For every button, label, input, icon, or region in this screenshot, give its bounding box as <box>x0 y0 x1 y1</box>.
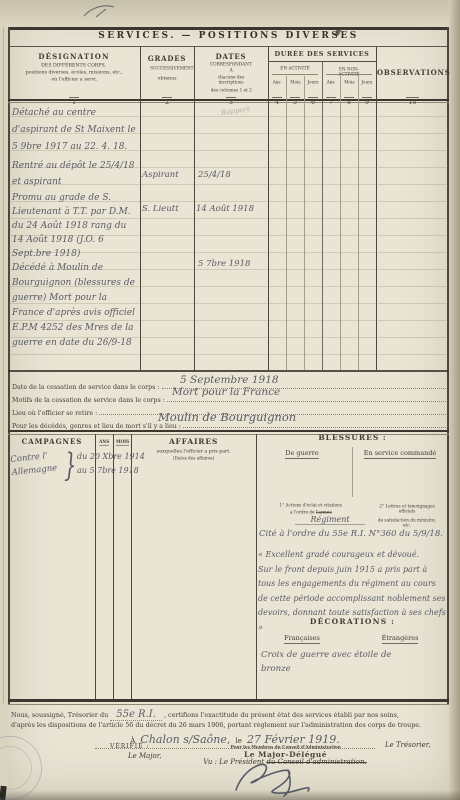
signature <box>218 756 338 798</box>
citations-h1a: 1° Actions d'éclat et citations <box>280 503 343 508</box>
frame-bottom-thin <box>8 704 449 705</box>
colnum-5: 5 <box>286 89 304 108</box>
campaign-to: au 5 7bre 1918 <box>77 466 139 475</box>
citations-h2b: de satisfaction du ministre, etc. <box>377 518 437 528</box>
footer-major: Le Major, <box>128 752 162 760</box>
footer-treasurer: Le Trésorier, <box>385 741 431 749</box>
lower-col-line-4 <box>256 434 257 699</box>
colnum-7: 7 <box>322 89 340 108</box>
military-service-record-sheet: SERVICES. — POSITIONS DIVERSES DÉSIGNATI… <box>0 0 460 800</box>
designation-title: DÉSIGNATION <box>9 52 139 61</box>
unit-jours-1: Jours <box>304 79 322 86</box>
cessation-value-1: 5 Septembre 1918 <box>180 374 279 386</box>
unit-mois-2: Mois <box>340 79 358 86</box>
citations-h2a: 2° Lettres et témoignages officiels <box>377 504 437 514</box>
header-designation: DÉSIGNATION DES DIFFÉRENTS CORPS, positi… <box>9 52 139 83</box>
entry-3-date: 14 Août 1918 <box>196 204 254 214</box>
cessation-value-2: Mort pour la France <box>172 386 280 398</box>
frame-bottom-border <box>8 699 449 702</box>
colnum-2: 2 <box>141 89 193 108</box>
header-mois: MOIS <box>113 438 131 447</box>
unit-ans-2: Ans <box>322 79 340 86</box>
dates-title: DATES <box>195 52 267 61</box>
designation-sub1: DES DIFFÉRENTS CORPS, <box>42 63 107 68</box>
unit-jours-2: Jours <box>358 79 376 86</box>
header-affaires: AFFAIRES <box>131 437 256 446</box>
footer-line-1: Nous, soussigné, Trésorier du 55e R.I. ,… <box>11 709 451 720</box>
entry-2-designation: Rentré au dépôt le 25/4/18 et aspirant <box>12 158 138 190</box>
colnum-4: 4 <box>268 89 286 108</box>
decorations-fr-value: Croix de guerre avec étoile de bronze <box>261 648 401 676</box>
footer-unit: 55e R.I. <box>110 709 162 721</box>
header-grades: GRADES SUCCESSIVEMENT obtenus <box>141 54 193 82</box>
blessures-en-service: En service commandé <box>352 449 448 457</box>
cessation-label-2: Motifs de la cessation de service dans l… <box>12 397 165 404</box>
footer-verified: VÉRIFIÉ : <box>110 743 149 750</box>
page-title: SERVICES. — POSITIONS DIVERSES <box>8 31 449 41</box>
campaign-from: du 20 Xbre 1914 <box>77 452 145 461</box>
grades-sub2: obtenus <box>158 76 177 81</box>
cessation-label-4: Pour les décédés, genres et lieu de mort… <box>12 423 181 430</box>
lower-table-top <box>8 430 449 432</box>
right-edge-shading <box>449 0 460 800</box>
subcol-line-3 <box>340 76 341 370</box>
dotted-leader <box>183 427 446 428</box>
citations-heading-2: 2° Lettres et témoignages officiels de s… <box>364 502 450 530</box>
frame-top-border <box>8 27 449 30</box>
colnum-8: 8 <box>340 89 358 108</box>
decorations-fr: Françaises <box>262 634 342 642</box>
dates-sub2: À <box>229 69 232 73</box>
entry-4-designation: Décédé à Moulin de Bourguignon (blessure… <box>12 261 140 351</box>
dates-sub3: chacune des inscriptions <box>206 75 256 85</box>
footer-line1-post: , certifions l'exactitude du présent éta… <box>162 711 399 719</box>
colnum-6: 6 <box>304 89 322 108</box>
subcol-line-2 <box>304 76 305 370</box>
header-observations: OBSERVATIONS <box>377 68 448 77</box>
colnum-3: 3 <box>195 89 267 108</box>
dates-sub1: CORRESPONDANT <box>210 62 252 67</box>
entry-3-designation: Promu au grade de S. Lieutenant à T.T. p… <box>12 191 138 261</box>
header-ans: ANS <box>95 438 113 447</box>
cessation-label-3: Lieu où l'officier se retire : <box>12 410 97 417</box>
top-edge-shading <box>0 0 460 27</box>
header-campagnes: CAMPAGNES <box>9 437 95 446</box>
left-edge-shading <box>0 27 8 800</box>
entry-2-date: 25/4/18 <box>198 170 231 180</box>
citations-heading-1: 1° Actions d'éclat et citations à l'ordr… <box>258 502 364 516</box>
campaign-name: Contre l' Allemagne <box>10 448 70 480</box>
grades-sub1: SUCCESSIVEMENT <box>150 66 193 71</box>
cessation-label-1: Date de la cessation de service dans le … <box>12 384 160 391</box>
dotted-leader <box>167 401 446 402</box>
header-activite: EN ACTIVITÉ <box>268 65 322 72</box>
affaires-sub2: (Dates des affaires) <box>131 455 256 462</box>
grades-title: GRADES <box>141 54 193 63</box>
header-blessures: BLESSURES : <box>256 433 449 442</box>
unit-mois-1: Mois <box>286 79 304 86</box>
activite-brace <box>272 74 318 75</box>
campaign-brace: } <box>64 446 76 484</box>
header-non-activite: EN NON-ACTIVITÉ <box>322 65 376 79</box>
colnum-9: 9 <box>358 89 376 108</box>
entry-3-grade: S. Lieutt <box>142 204 194 214</box>
citations-replacement: Régiment <box>295 515 365 525</box>
decorations-etr: Étrangères <box>352 634 448 642</box>
footer-line1-pre: Nous, soussigné, Trésorier du <box>11 711 110 719</box>
header-duree: DURÉE DES SERVICES <box>268 50 376 58</box>
left-outer-rule <box>3 27 4 703</box>
header-decorations: DÉCORATIONS : <box>256 617 449 626</box>
title-underline <box>8 46 449 47</box>
cessation-value-4: Moulin de Bourguignon <box>158 410 296 424</box>
pen-mark <box>80 2 120 20</box>
colnum-10: 10 <box>377 89 448 108</box>
subcol-line-4 <box>358 76 359 370</box>
citation-order-line: Cité à l'ordre du 55e R.I. N°360 du 5/9/… <box>259 529 449 539</box>
designation-sub3: où l'officier a servi. <box>51 77 97 82</box>
designation-sub2: positions diverses, écoles, missions, et… <box>25 70 122 75</box>
stamp-line-1: Pour les Membres du Conseil d'Administra… <box>230 745 340 750</box>
entry-1-designation: Détaché au centre d'aspirant de St Maixe… <box>12 105 138 156</box>
affaires-sub1: auxquelles l'officier a pris part. <box>131 448 256 455</box>
unit-ans-1: Ans <box>268 79 286 86</box>
entry-2-grade: Aspirant <box>142 170 192 180</box>
blessures-de-guerre: De guerre <box>262 449 342 457</box>
main-table-bottom <box>8 370 449 372</box>
subcol-line-1 <box>286 76 287 370</box>
frame-left-border <box>8 27 10 704</box>
header-dates: DATES CORRESPONDANT À chacune des inscri… <box>195 52 267 94</box>
entry-4-date: 5 7bre 1918 <box>198 259 250 269</box>
duree-title-underline <box>268 61 376 62</box>
